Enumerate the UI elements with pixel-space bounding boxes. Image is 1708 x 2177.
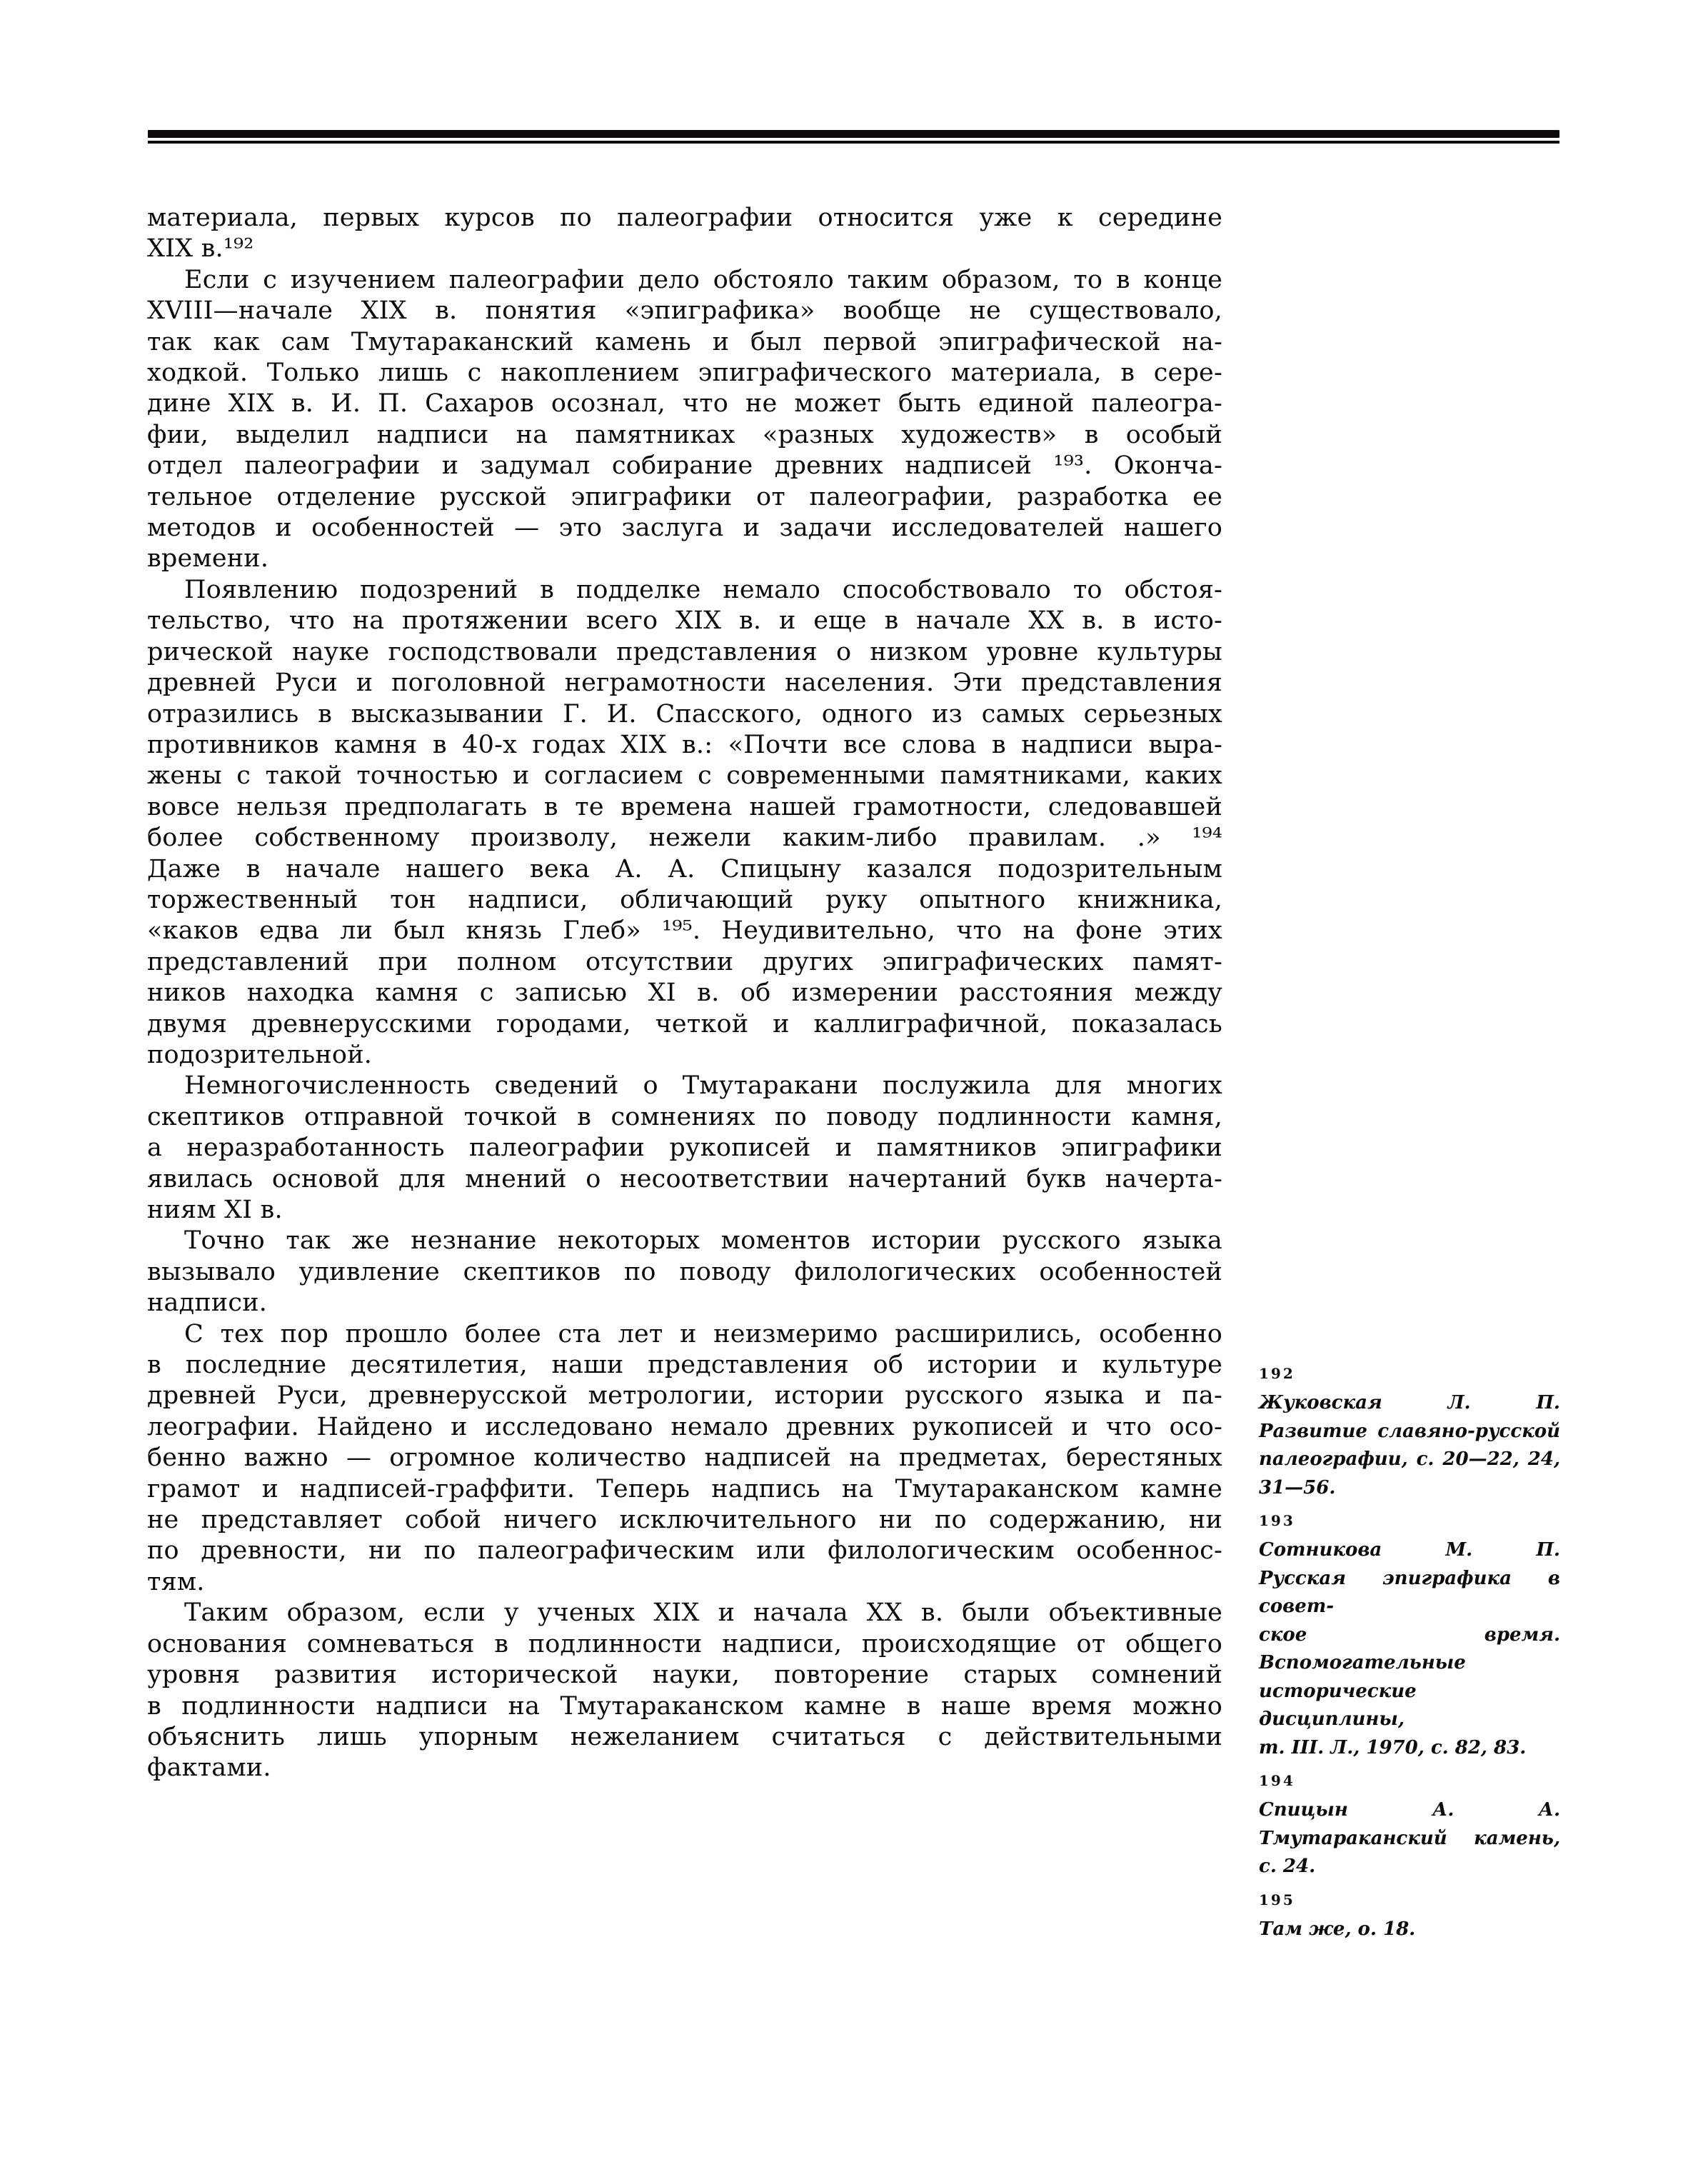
text-line: явилась основой для мнений о несоответст…	[147, 1164, 1222, 1195]
footnote-line: Там же, о. 18.	[1259, 1916, 1560, 1944]
text-line: бенно важно — огромное количество надпис…	[147, 1443, 1222, 1473]
footnote-line: палеографии, с. 20—22, 24,	[1259, 1446, 1560, 1474]
text-line: тельство, что на протяжении всего XIX в.…	[147, 606, 1222, 636]
text-line: Даже в начале нашего века А. А. Спицыну …	[147, 854, 1222, 885]
text-line: так как сам Тмутараканский камень и был …	[147, 327, 1222, 358]
footnote-line: Жуковская Л. П.	[1259, 1389, 1560, 1418]
footnote-line: Спицын А. А.	[1259, 1796, 1560, 1825]
text-line: времени.	[147, 544, 1222, 574]
text-line: жены с такой точностью и согласием с сов…	[147, 761, 1222, 791]
text-line: древней Руси и поголовной неграмотности …	[147, 668, 1222, 699]
text-line: вовсе нельзя предполагать в те времена н…	[147, 792, 1222, 823]
text-line: основания сомневаться в подлинности надп…	[147, 1629, 1222, 1660]
text-line: XIX в.¹⁹²	[147, 234, 1222, 264]
book-page: материала, первых курсов по палеографии …	[0, 0, 1708, 2177]
footnote-line: Развитие славяно-русской	[1259, 1418, 1560, 1446]
text-line: леографии. Найдено и исследовано немало …	[147, 1412, 1222, 1443]
text-line: не представляет собой ничего исключитель…	[147, 1505, 1222, 1536]
footnotes-column: 192Жуковская Л. П.Развитие славяно-русск…	[1259, 1354, 1560, 1943]
text-line: подозрительной.	[147, 1040, 1222, 1071]
text-line: отразились в высказывании Г. И. Спасског…	[147, 699, 1222, 730]
text-line: Если с изучением палеографии дело обстоя…	[147, 265, 1222, 296]
text-line: противников камня в 40-х годах XIX в.: «…	[147, 730, 1222, 761]
text-line: ниям XI в.	[147, 1195, 1222, 1226]
footnote-line: Тмутараканский камень,	[1259, 1825, 1560, 1853]
text-line: тельное отделение русской эпиграфики от …	[147, 482, 1222, 513]
text-line: представлений при полном отсутствии друг…	[147, 947, 1222, 978]
text-line: более собственному произволу, нежели как…	[147, 823, 1222, 854]
text-line: уровня развития исторической науки, повт…	[147, 1660, 1222, 1691]
text-line: рической науке господствовали представле…	[147, 637, 1222, 668]
text-line: Немногочисленность сведений о Тмутаракан…	[147, 1071, 1222, 1101]
footnote-line: Сотникова М. П.	[1259, 1536, 1560, 1565]
text-line: объяснить лишь упорным нежеланием считат…	[147, 1722, 1222, 1753]
body-text-column: материала, первых курсов по палеографии …	[147, 203, 1222, 1784]
text-line: скептиков отправной точкой в сомнениях п…	[147, 1102, 1222, 1133]
text-line: грамот и надписей-граффити. Теперь надпи…	[147, 1474, 1222, 1505]
footnote-line: с. 24.	[1259, 1853, 1560, 1881]
text-line: торжественный тон надписи, обличающий ру…	[147, 885, 1222, 916]
footnote-line: т. III. Л., 1970, с. 82, 83.	[1259, 1734, 1560, 1763]
text-line: тям.	[147, 1567, 1222, 1598]
text-line: фактами.	[147, 1753, 1222, 1783]
text-line: а неразработанность палеографии рукописе…	[147, 1133, 1222, 1163]
footnote-line: ское время. Вспомогательные	[1259, 1621, 1560, 1678]
text-line: «каков едва ли был князь Глеб» ¹⁹⁵. Неуд…	[147, 916, 1222, 946]
text-line: ходкой. Только лишь с накоплением эпигра…	[147, 358, 1222, 389]
footnote-marker: 192	[1259, 1364, 1560, 1383]
text-line: в последние десятилетия, наши представле…	[147, 1350, 1222, 1381]
footnote-line: исторические дисциплины,	[1259, 1678, 1560, 1734]
text-line: методов и особенностей — это заслуга и з…	[147, 513, 1222, 544]
text-line: материала, первых курсов по палеографии …	[147, 203, 1222, 234]
text-line: XVIII—начале XIX в. понятия «эпиграфика»…	[147, 296, 1222, 326]
text-line: Точно так же незнание некоторых моментов…	[147, 1226, 1222, 1256]
footnote-marker: 194	[1259, 1771, 1560, 1790]
footnote-marker: 195	[1259, 1891, 1560, 1909]
footnote-line: 31—56.	[1259, 1474, 1560, 1503]
text-line: фии, выделил надписи на памятниках «разн…	[147, 420, 1222, 451]
header-rule	[148, 130, 1559, 144]
header-rule-thin-bar	[148, 141, 1559, 144]
footnote-line: Русская эпиграфика в совет-	[1259, 1565, 1560, 1621]
text-line: Таким образом, если у ученых XIX и начал…	[147, 1598, 1222, 1628]
text-line: отдел палеографии и задумал собирание др…	[147, 451, 1222, 481]
header-rule-thick-bar	[148, 130, 1559, 138]
text-line: по древности, ни по палеографическим или…	[147, 1536, 1222, 1566]
text-line: двумя древнерусскими городами, четкой и …	[147, 1009, 1222, 1040]
footnote-marker: 193	[1259, 1511, 1560, 1530]
text-line: в подлинности надписи на Тмутараканском …	[147, 1691, 1222, 1722]
text-line: ников находка камня с записью XI в. об и…	[147, 978, 1222, 1009]
text-line: древней Руси, древнерусской метрологии, …	[147, 1381, 1222, 1411]
text-line: надписи.	[147, 1288, 1222, 1318]
text-line: Появлению подозрений в подделке немало с…	[147, 575, 1222, 606]
text-line: дине XIX в. И. П. Сахаров осознал, что н…	[147, 389, 1222, 419]
text-line: С тех пор прошло более ста лет и неизмер…	[147, 1319, 1222, 1350]
text-line: вызывало удивление скептиков по поводу ф…	[147, 1257, 1222, 1288]
